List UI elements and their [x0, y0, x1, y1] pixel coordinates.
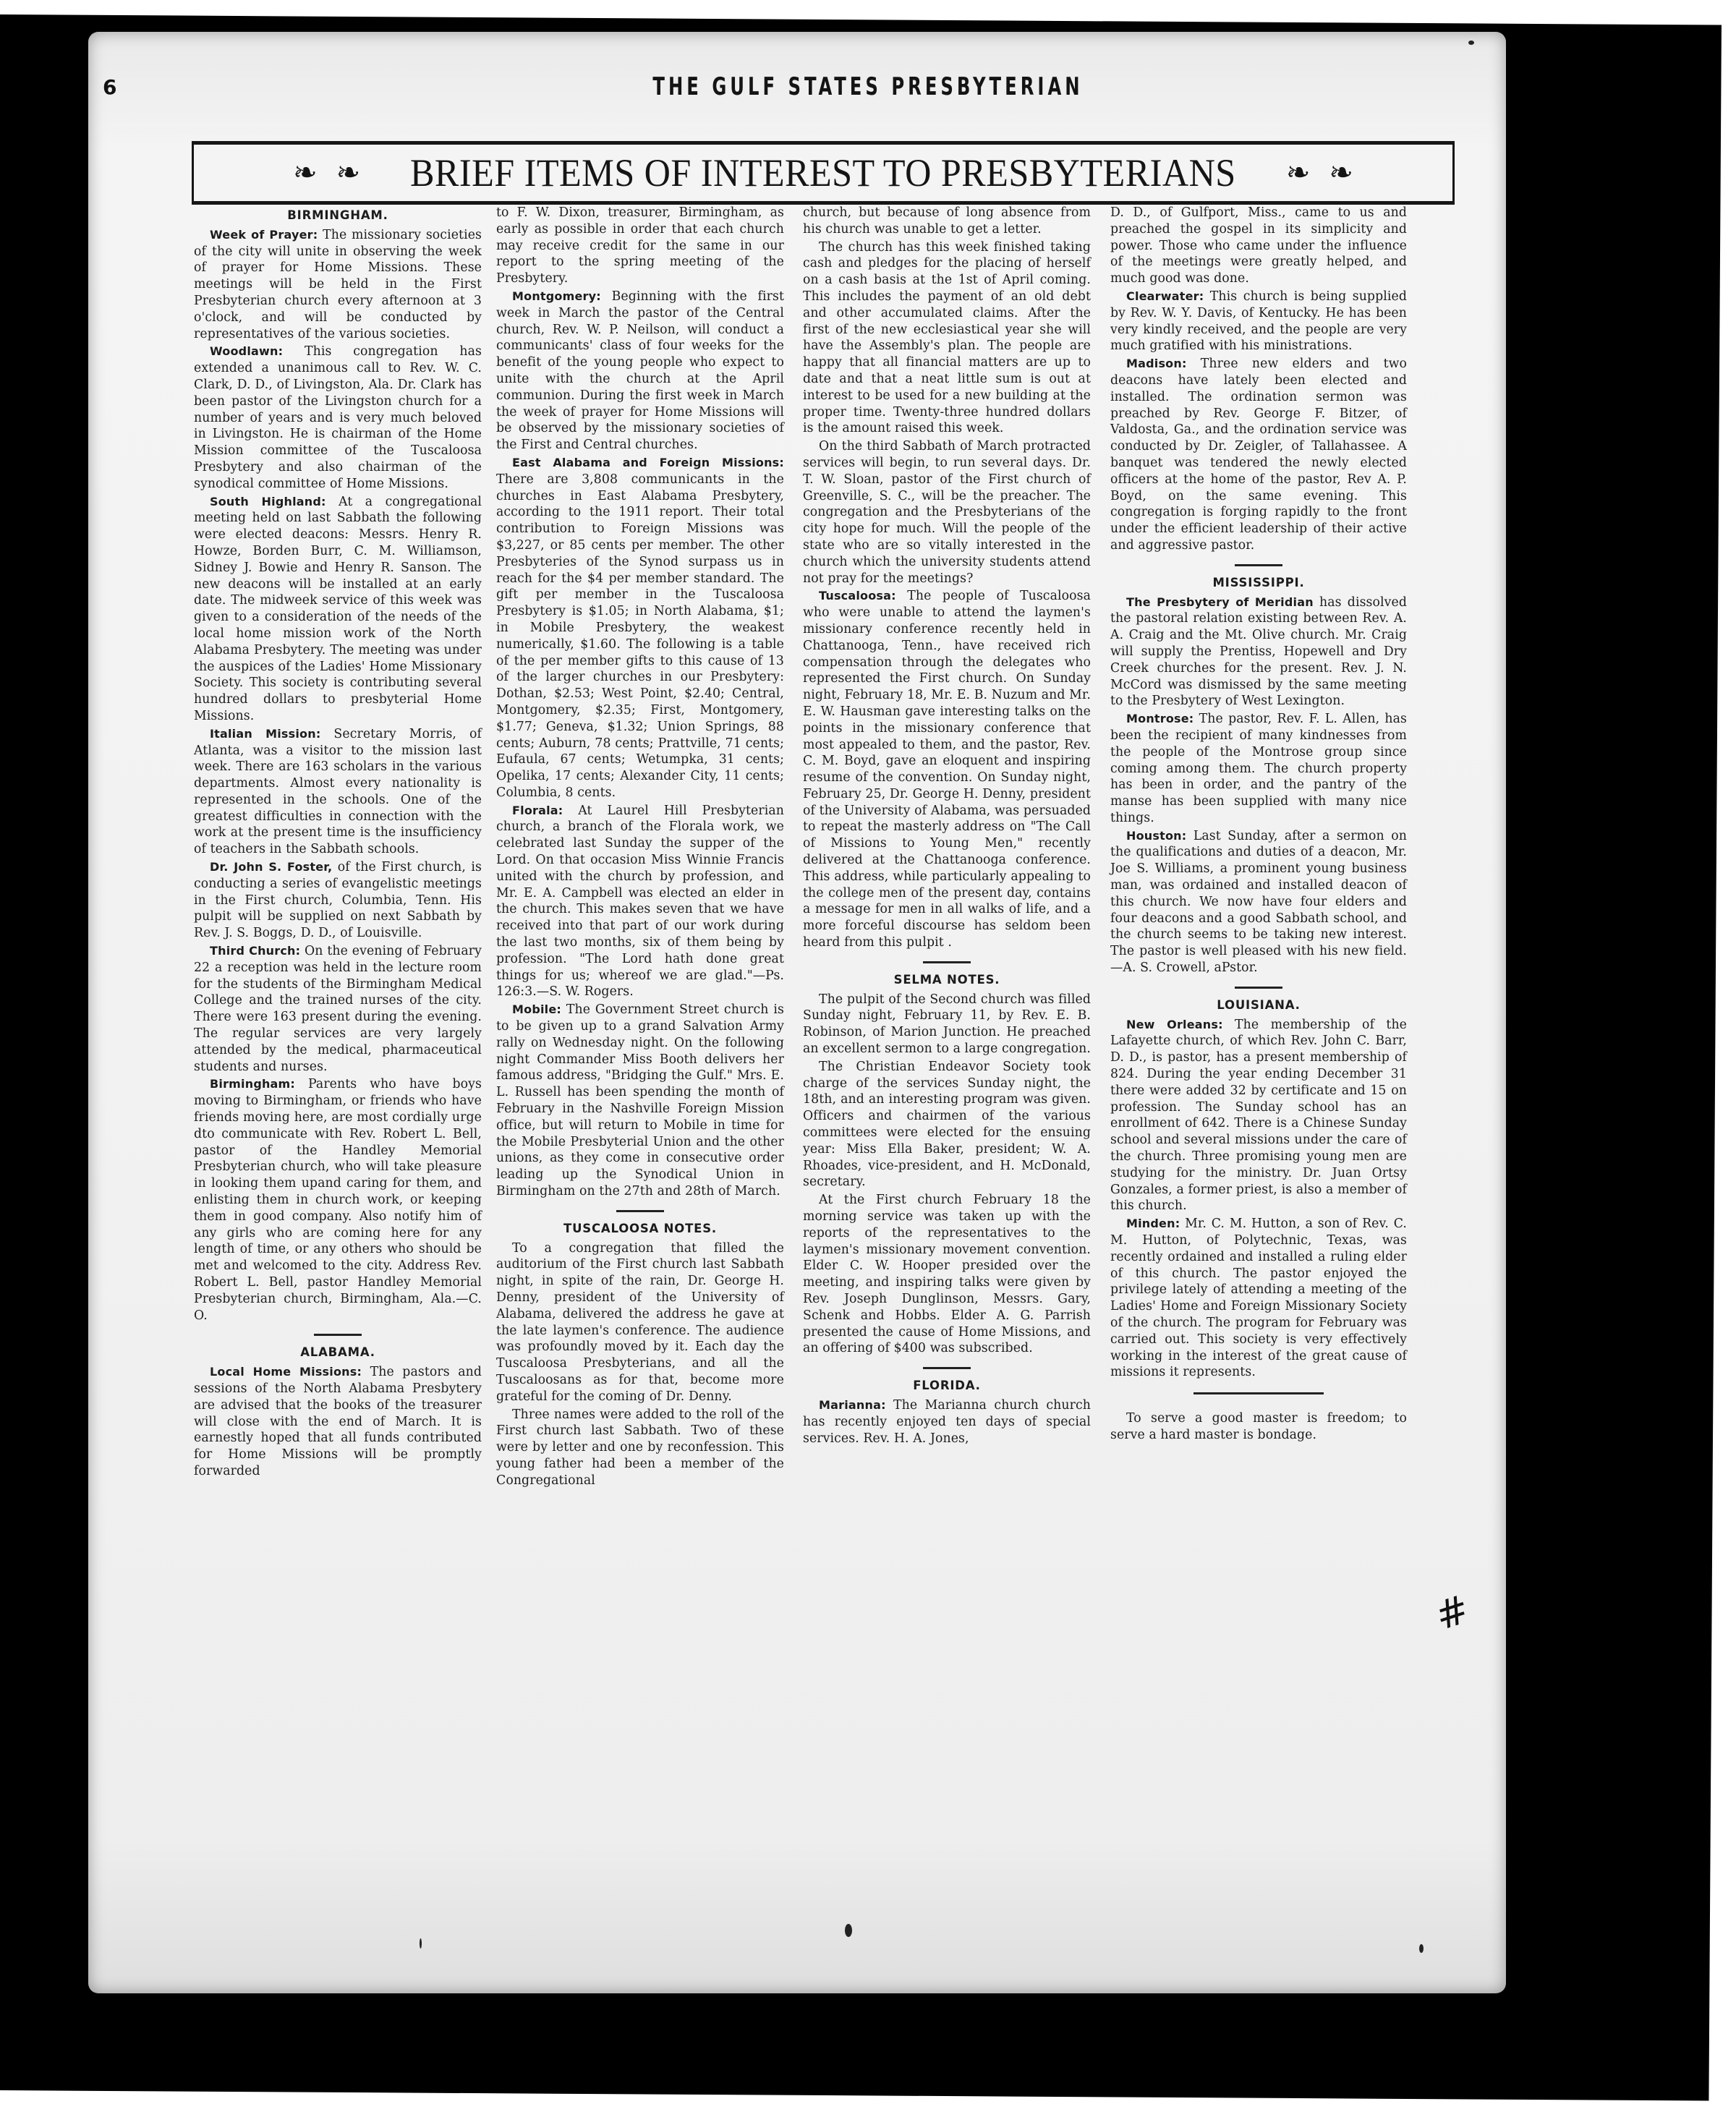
column-2: to F. W. Dixon, treasurer, Birmingham, a…	[496, 205, 784, 1491]
section-divider	[314, 1334, 362, 1336]
item-text: Parents who have boys moving to Birmingh…	[194, 1077, 482, 1322]
item-text: has dissolved the pastoral relation exis…	[1110, 595, 1407, 709]
paragraph: To a congregation that filled the audito…	[496, 1240, 784, 1405]
item-text: The Government Street church is to be gi…	[496, 1002, 784, 1198]
paragraph: To serve a good master is freedom; to se…	[1110, 1410, 1407, 1444]
item-text: The pulpit of the Second church was fill…	[803, 992, 1091, 1056]
column-3: church, but because of long absence from…	[803, 205, 1091, 1448]
item-text: church, but because of long absence from…	[803, 205, 1091, 237]
news-item: Woodlawn: This congregation has extended…	[194, 344, 482, 492]
item-text: The Christian Endeavor Society took char…	[803, 1060, 1091, 1190]
paragraph: The Christian Endeavor Society took char…	[803, 1059, 1091, 1191]
item-text: There are 3,808 communicants in the chur…	[496, 472, 784, 800]
news-item: Dr. John S. Foster, of the First church,…	[194, 859, 482, 942]
item-lead: Florala:	[512, 804, 563, 817]
news-item: Houston: Last Sunday, after a sermon on …	[1110, 828, 1407, 976]
news-item: South Highland: At a congregational meet…	[194, 494, 482, 725]
fleuron-icon: ❧	[336, 156, 361, 189]
news-item: The Presbytery of Meridian has dissolved…	[1110, 595, 1407, 710]
item-lead: Woodlawn:	[210, 344, 283, 358]
section-divider	[923, 1367, 971, 1369]
item-lead: Minden:	[1126, 1217, 1180, 1230]
item-text: At Laurel Hill Presbyterian church, a br…	[496, 804, 784, 1000]
item-text: To a congregation that filled the audito…	[496, 1241, 784, 1404]
item-text: At the First church February 18 the morn…	[803, 1193, 1091, 1355]
news-item: Montgomery: Beginning with the first wee…	[496, 289, 784, 453]
paragraph: The pulpit of the Second church was fill…	[803, 992, 1091, 1057]
section-divider	[1235, 564, 1282, 566]
section-divider	[1193, 1392, 1324, 1394]
item-lead: Dr. John S. Foster,	[210, 860, 332, 874]
fleuron-icon: ❧	[1329, 156, 1353, 189]
news-item: Clearwater: This church is being supplie…	[1110, 289, 1407, 354]
paragraph: On the third Sabbath of March protracted…	[803, 438, 1091, 587]
column-4: D. D., of Gulfport, Miss., came to us an…	[1110, 205, 1407, 1445]
item-text: The people of Tuscaloosa who were unable…	[803, 589, 1091, 950]
fleuron-icon: ❧	[1286, 156, 1311, 189]
news-item: Italian Mission: Secretary Morris, of At…	[194, 726, 482, 858]
item-text: The pastors and sessions of the North Al…	[194, 1365, 482, 1478]
paragraph: D. D., of Gulfport, Miss., came to us an…	[1110, 205, 1407, 287]
item-lead: The Presbytery of Meridian	[1126, 595, 1314, 609]
news-item: New Orleans: The membership of the Lafay…	[1110, 1017, 1407, 1215]
item-text: To serve a good master is freedom; to se…	[1110, 1411, 1407, 1442]
news-item: Local Home Missions: The pastors and ses…	[194, 1364, 482, 1480]
section-heading: SELMA NOTES.	[803, 972, 1091, 989]
section-banner: ❧ ❧ BRIEF ITEMS OF INTEREST TO PRESBYTER…	[192, 141, 1455, 205]
item-lead: Montrose:	[1126, 712, 1193, 725]
news-item: Montrose: The pastor, Rev. F. L. Allen, …	[1110, 711, 1407, 827]
fleuron-icon: ❧	[293, 156, 318, 189]
news-item: Marianna: The Marianna church church has…	[803, 1397, 1091, 1447]
item-lead: South Highland:	[210, 495, 326, 508]
item-text: Three names were added to the roll of th…	[496, 1407, 784, 1488]
item-lead: Clearwater:	[1126, 289, 1204, 303]
news-item: Madison: Three new elders and two deacon…	[1110, 356, 1407, 554]
item-text: On the evening of February 22 a receptio…	[194, 944, 482, 1074]
section-heading: TUSCALOOSA NOTES.	[496, 1221, 784, 1238]
news-item: East Alabama and Foreign Missions: There…	[496, 455, 784, 801]
item-text: The membership of the Lafayette church, …	[1110, 1018, 1407, 1214]
item-text: On the third Sabbath of March protracted…	[803, 439, 1091, 585]
item-text: Secretary Morris, of Atlanta, was a visi…	[194, 727, 482, 857]
section-divider	[1235, 987, 1282, 989]
item-lead: Local Home Missions:	[210, 1365, 362, 1379]
news-item: Week of Prayer: The missionary societies…	[194, 227, 482, 343]
news-item: Florala: At Laurel Hill Presbyterian chu…	[496, 803, 784, 1001]
paragraph: Three names were added to the roll of th…	[496, 1407, 784, 1489]
column-1: BIRMINGHAM.Week of Prayer: The missionar…	[194, 205, 482, 1481]
banner-title: BRIEF ITEMS OF INTEREST TO PRESBYTERIANS	[410, 150, 1236, 195]
item-text: At a congregational meeting held on last…	[194, 495, 482, 723]
item-text: Mr. C. M. Hutton, a son of Rev. C. M. Hu…	[1110, 1217, 1407, 1379]
section-heading: LOUISIANA.	[1110, 997, 1407, 1014]
item-lead: New Orleans:	[1126, 1018, 1223, 1031]
item-text: Three new elders and two deacons have la…	[1110, 357, 1407, 553]
news-item: Tuscaloosa: The people of Tuscaloosa who…	[803, 588, 1091, 951]
item-lead: Montgomery:	[512, 289, 601, 303]
item-text: This congregation has extended a unanimo…	[194, 344, 482, 490]
item-text: The missionary societies of the city wil…	[194, 228, 482, 341]
news-item: Third Church: On the evening of February…	[194, 943, 482, 1075]
item-text: Beginning with the first week in March t…	[496, 289, 784, 452]
item-text: D. D., of Gulfport, Miss., came to us an…	[1110, 205, 1407, 286]
section-divider	[616, 1210, 664, 1212]
news-item: Mobile: The Government Street church is …	[496, 1002, 784, 1200]
item-lead: Marianna:	[819, 1398, 886, 1412]
section-divider	[923, 961, 971, 963]
item-text: The pastor, Rev. F. L. Allen, has been t…	[1110, 712, 1407, 825]
item-lead: East Alabama and Foreign Missions:	[512, 456, 784, 469]
running-head: THE GULF STATES PRESBYTERIAN	[0, 73, 1736, 101]
paragraph: The church has this week finished taking…	[803, 239, 1091, 438]
item-text: Last Sunday, after a sermon on the quali…	[1110, 829, 1407, 975]
item-text: The church has this week finished taking…	[803, 240, 1091, 436]
item-lead: Italian Mission:	[210, 727, 320, 741]
paragraph: to F. W. Dixon, treasurer, Birmingham, a…	[496, 205, 784, 287]
item-lead: Houston:	[1126, 829, 1186, 843]
item-text: to F. W. Dixon, treasurer, Birmingham, a…	[496, 205, 784, 286]
item-lead: Madison:	[1126, 357, 1187, 370]
news-item: Birmingham: Parents who have boys moving…	[194, 1076, 482, 1324]
item-lead: Third Church:	[210, 944, 300, 958]
item-lead: Tuscaloosa:	[819, 589, 896, 602]
item-lead: Week of Prayer:	[210, 228, 318, 242]
section-heading: MISSISSIPPI.	[1110, 575, 1407, 592]
section-heading: FLORIDA.	[803, 1378, 1091, 1394]
news-item: Minden: Mr. C. M. Hutton, a son of Rev. …	[1110, 1216, 1407, 1381]
section-heading: BIRMINGHAM.	[194, 208, 482, 224]
item-lead: Birmingham:	[210, 1077, 295, 1091]
section-heading: ALABAMA.	[194, 1345, 482, 1361]
item-lead: Mobile:	[512, 1002, 561, 1016]
paragraph: At the First church February 18 the morn…	[803, 1192, 1091, 1357]
paragraph: church, but because of long absence from…	[803, 205, 1091, 238]
